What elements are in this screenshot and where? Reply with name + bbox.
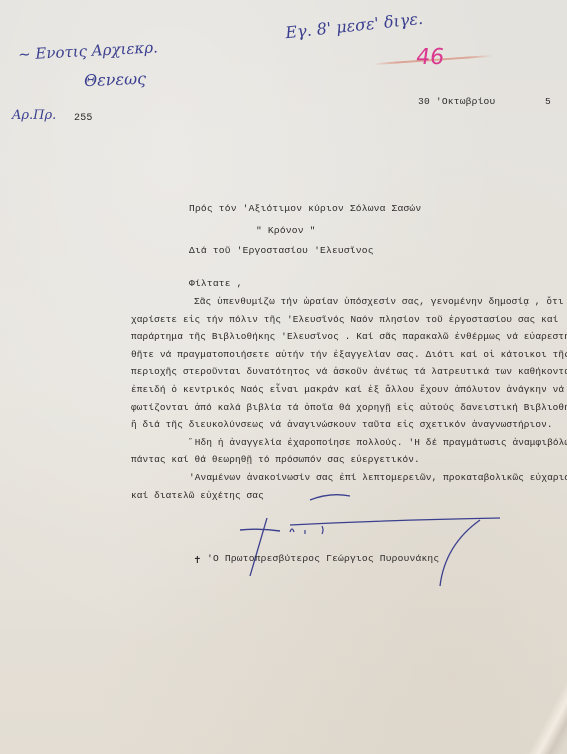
letter-body: Σᾶς ὑπενθυμίζω τήν ὡραίαν ὑπόσχεσίν σας,… — [131, 293, 561, 504]
body-line: ῎Ηδη ἡ ἀναγγελία ἐχαροποίησε πολλούς. 'Η… — [131, 434, 561, 452]
signatory-name: 'Ο Πρωτοπρεσβύτερος Γεώργιος Πυρουνάκης — [207, 553, 439, 564]
body-line: ἐπειδή ὁ κεντρικός Ναός εἶναι μακράν καί… — [131, 381, 561, 399]
body-line: φωτίζονται ἀπό καλά βιβλία τά ὁποῖα θά χ… — [131, 399, 561, 417]
recipient-line-2: " Κρόνον " — [256, 225, 316, 236]
signature-cross-icon: ✝ — [194, 553, 201, 567]
handwritten-signature-icon — [230, 490, 560, 590]
page-number: 5 — [545, 96, 551, 107]
letter-date: 30 'Οκτωβρίου — [418, 96, 495, 107]
recipient-line-1: Πρός τόν 'Αξιότιμον κύριον Σόλωνα Σασών — [189, 203, 421, 214]
handwritten-note-line2: Θενεως — [84, 69, 147, 90]
handwritten-note-line1: ~ Ενοτις Αρχιεκρ. — [18, 38, 159, 63]
body-line: πάντας καί θά θεωρηθῇ τό πρόσωπόν σας εὐ… — [131, 451, 561, 469]
recipient-line-3: Διά τοῦ 'Εργοστασίου 'Ελευσῖνος — [189, 245, 374, 256]
letter-page: ~ Ενοτις Αρχιεκρ. Θενεως Εγ. 8' μεσε' δι… — [0, 0, 567, 754]
body-line: χαρίσετε εἰς τήν πόλιν τῆς 'Ελευσῖνός Να… — [131, 311, 561, 329]
body-line: ἤ διά τῆς διευκολύνσεως νά ἀναγινώσκουν … — [131, 416, 561, 434]
reference-label: Αρ.Πρ. — [12, 108, 56, 123]
salutation: Φίλτατε , — [189, 278, 243, 289]
body-line: Σᾶς ὑπενθυμίζω τήν ὡραίαν ὑπόσχεσίν σας,… — [131, 293, 561, 311]
reference-number: 255 — [74, 113, 93, 124]
body-line: παράρτημα τῆς Βιβλιοθήκης 'Ελευσῖνος . Κ… — [131, 328, 561, 346]
archive-number: 46 — [414, 45, 446, 70]
handwritten-note-top-right: Εγ. 8' μεσε' διγε. — [284, 9, 423, 42]
body-line: θῆτε νά πραγματοποιήσετε αὐτήν τήν ἐξαγγ… — [131, 346, 561, 364]
body-line: περιοχῆς στεροῦνται δυνατότητος νά ἀσκοῦ… — [131, 363, 561, 381]
body-line: 'Αναμένων ἀνακοίνωσίν σας ἐπί λεπτομερει… — [131, 469, 561, 487]
